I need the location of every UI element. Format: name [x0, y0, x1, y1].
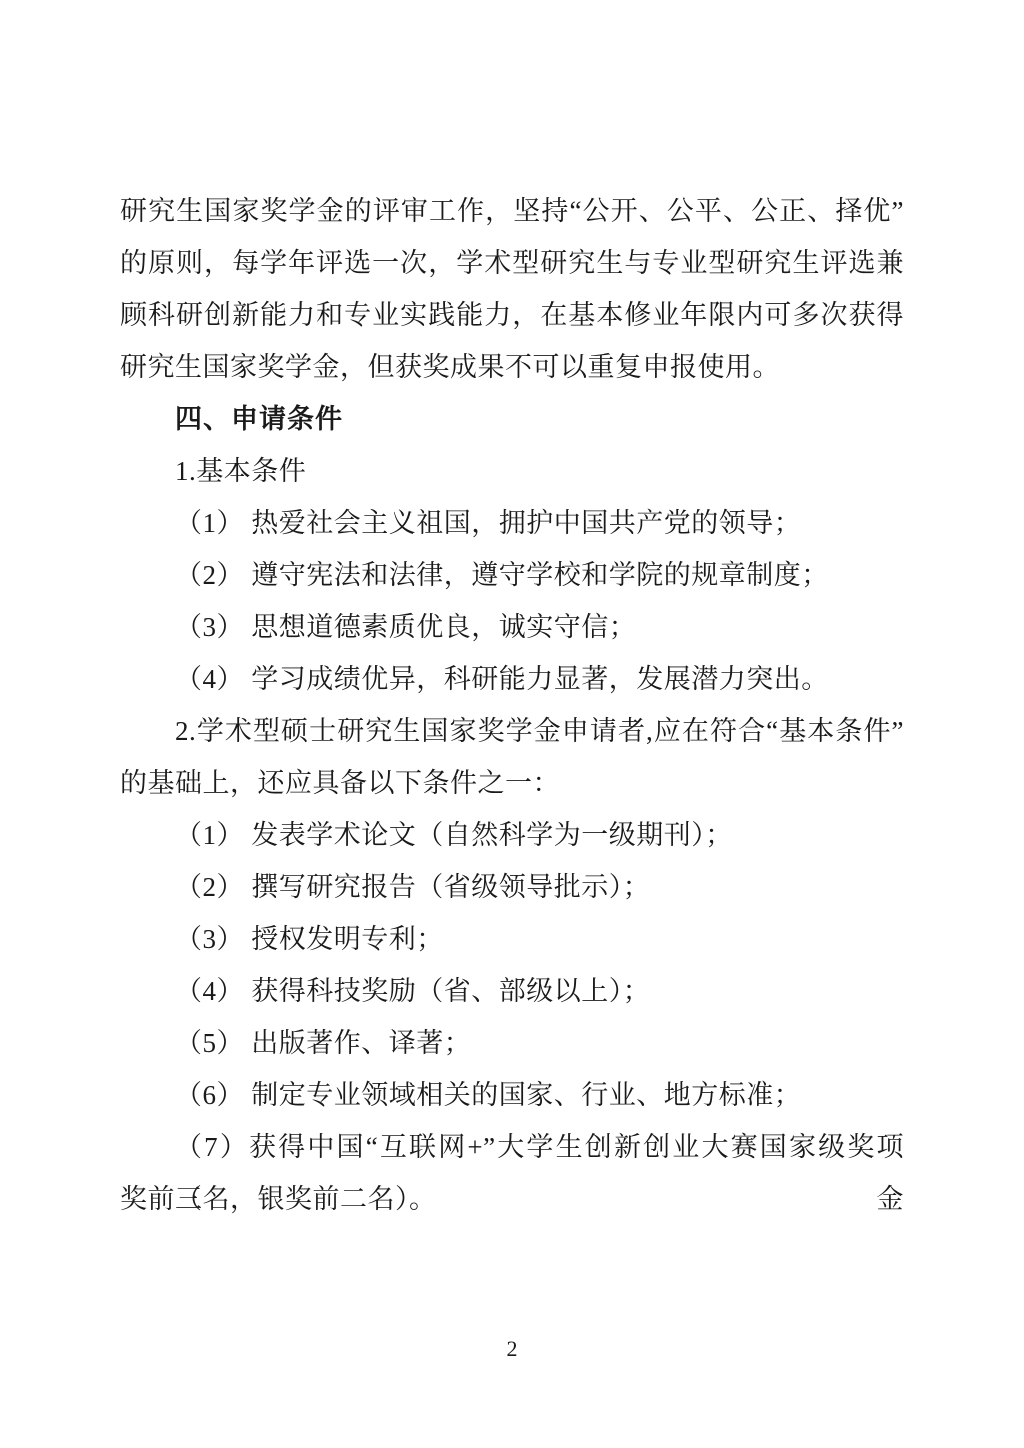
page-number: 2 — [0, 1334, 1024, 1364]
academic-condition-item7-line: （7）获得中国“互联网+”大学生创新创业大赛国家级奖项（金 — [120, 1121, 904, 1173]
basic-condition-item: （2） 遵守宪法和法律，遵守学校和学院的规章制度； — [120, 549, 904, 601]
intro-paragraph-line: 研究生国家奖学金，但获奖成果不可以重复申报使用。 — [120, 341, 904, 393]
basic-condition-item: （4） 学习成绩优异，科研能力显著，发展潜力突出。 — [120, 653, 904, 705]
academic-condition-item: （2） 撰写研究报告（省级领导批示）； — [120, 861, 904, 913]
section-heading: 四、申请条件 — [120, 393, 904, 445]
academic-intro-line: 的基础上，还应具备以下条件之一： — [120, 757, 904, 809]
basic-condition-item: （3） 思想道德素质优良，诚实守信； — [120, 601, 904, 653]
intro-paragraph-line: 研究生国家奖学金的评审工作，坚持“公开、公平、公正、择优” — [120, 185, 904, 237]
academic-condition-item: （4） 获得科技奖励（省、部级以上）； — [120, 965, 904, 1017]
academic-condition-item: （3） 授权发明专利； — [120, 913, 904, 965]
document-page: 研究生国家奖学金的评审工作，坚持“公开、公平、公正、择优” 的原则，每学年评选一… — [0, 0, 1024, 1448]
basic-conditions-title: 1.基本条件 — [120, 445, 904, 497]
intro-paragraph-line: 的原则，每学年评选一次，学术型研究生与专业型研究生评选兼 — [120, 237, 904, 289]
academic-condition-item: （5） 出版著作、译著； — [120, 1017, 904, 1069]
intro-paragraph-line: 顾科研创新能力和专业实践能力，在基本修业年限内可多次获得 — [120, 289, 904, 341]
academic-condition-item: （1） 发表学术论文（自然科学为一级期刊）； — [120, 809, 904, 861]
basic-condition-item: （1） 热爱社会主义祖国，拥护中国共产党的领导； — [120, 497, 904, 549]
academic-condition-item: （6） 制定专业领域相关的国家、行业、地方标准； — [120, 1069, 904, 1121]
document-body: 研究生国家奖学金的评审工作，坚持“公开、公平、公正、择优” 的原则，每学年评选一… — [120, 185, 904, 1225]
academic-intro-line: 2.学术型硕士研究生国家奖学金申请者,应在符合“基本条件” — [120, 705, 904, 757]
